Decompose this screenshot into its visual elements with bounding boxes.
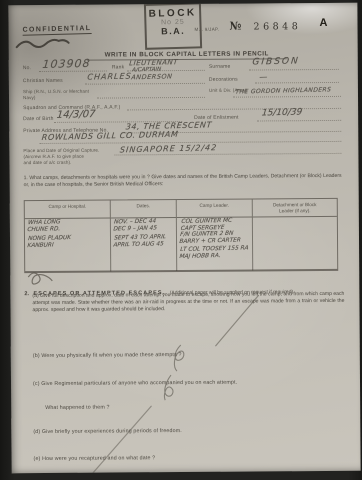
question-2c-followup: What happened to them ? [45,405,109,411]
pencil-scribble-top [17,40,69,47]
camp-leader-column-entries: COL GUINTER MC CAPT SERGEYE F/N GUINTER … [177,218,253,272]
field-rule [233,96,341,98]
field-rule [114,153,341,156]
question-2b: (b) Were you physically fit when you mad… [33,352,182,359]
field-rule [127,108,341,110]
field-value-date-of-enlistment: 15/10/39 [261,107,302,118]
field-label-rank: Rank [112,64,125,70]
block-number-stamp: BLOCK No 25 B.A. [144,3,202,50]
serial-number: 26848 [253,21,301,32]
column-header-camp-leader: Camp Leader. [177,200,253,219]
scanned-document-photo: CONFIDENTIAL BLOCK No 25 B.A. M.I. 9/JAP… [0,0,362,480]
question-2e: (e) How were you recaptured and on what … [34,455,156,462]
form-page: CONFIDENTIAL BLOCK No 25 B.A. M.I. 9/JAP… [8,3,360,473]
field-label-capture-line3: and date of a/c crash). [23,160,71,166]
block-stamp-ba: B.A. [147,25,200,36]
question-2a: (a) Give full description and approx. da… [32,291,344,315]
series-letter: A [319,17,327,29]
block-stamp-number: No 25 [146,18,199,26]
field-value-decorations: — [259,72,268,81]
form-reference: M.I. 9/JAP. [195,27,220,32]
field-label-christian-names: Christian Names [23,78,63,84]
field-rule [249,69,339,71]
confidential-stamp: CONFIDENTIAL [22,25,91,36]
field-value-christian-name1: CHARLES [87,72,132,82]
field-label-decorations: Decorations [209,77,238,83]
table-row: LT COL TOOSEY 155 RA MAJ HOBB RA. [179,245,251,260]
column-header-dates: Dates. [111,200,177,218]
field-label-ship: Ship (R.N., U.S.N. or Merchant Navy) [23,89,95,101]
camp-column-entries: WHA LONG CHUNE RD. NONG PLADUK KANBURI [25,219,111,273]
question-2c: (c) Give Regimental particulars of anyon… [33,380,237,387]
field-value-no: 103908 [42,57,91,71]
column-header-detachment-leader: Detachment or Block Leader (if any). [253,199,337,218]
pencil-curl-c [164,375,173,400]
table-row: NONG PLADUK KANBURI [27,234,109,249]
camps-table-header-row: Camp or Hospital. Dates. Camp Leader. De… [25,199,337,219]
field-rule [85,83,205,85]
field-rule [121,131,341,134]
field-value-capture: SINGAPORE 15/2/42 [119,143,217,154]
detachment-leader-column-entries [253,217,337,271]
field-value-surname: GIBSON [252,56,300,67]
table-row: SEPT 43 TO APRIL APRIL TO AUG 45 [113,234,175,249]
field-value-date-of-birth: 14/3/07 [56,109,96,121]
table-row: WHA LONG CHUNE RD. [27,219,109,234]
field-rule [97,97,205,99]
field-label-no: No. [23,65,31,71]
field-value-christian-name2: ANDERSON [131,72,173,81]
field-label-date-of-birth: Date of Birth [23,116,53,122]
table-row [255,217,335,219]
question-2d: (d) Give briefly your experiences during… [33,428,182,435]
dates-column-entries: NOV. – DEC 44 DEC 9 – JAN 45 SEPT 43 TO … [111,218,177,271]
table-row: COL GUINTER MC CAPT SERGEYE F/N GUINTER … [179,218,253,246]
section-2-number: 2. [24,291,29,297]
camps-table: Camp or Hospital. Dates. Camp Leader. De… [24,198,339,273]
pencil-slash-lower [89,406,151,473]
camps-table-body: WHA LONG CHUNE RD. NONG PLADUK KANBURI N… [25,217,337,272]
field-rule [257,120,341,122]
question-1-camps: 1. What camps, detachments or hospitals … [24,173,342,190]
field-label-surname: Surname [209,64,231,70]
field-rule [127,70,205,72]
field-value-unit: THE GORDON HIGHLANDERS [235,86,332,95]
numero-sign: № [229,20,241,33]
field-rule [255,82,339,84]
table-row: NOV. – DEC 44 DEC 9 – JAN 45 [113,218,175,233]
table-row [255,217,335,219]
column-header-camp: Camp or Hospital. [25,201,111,220]
